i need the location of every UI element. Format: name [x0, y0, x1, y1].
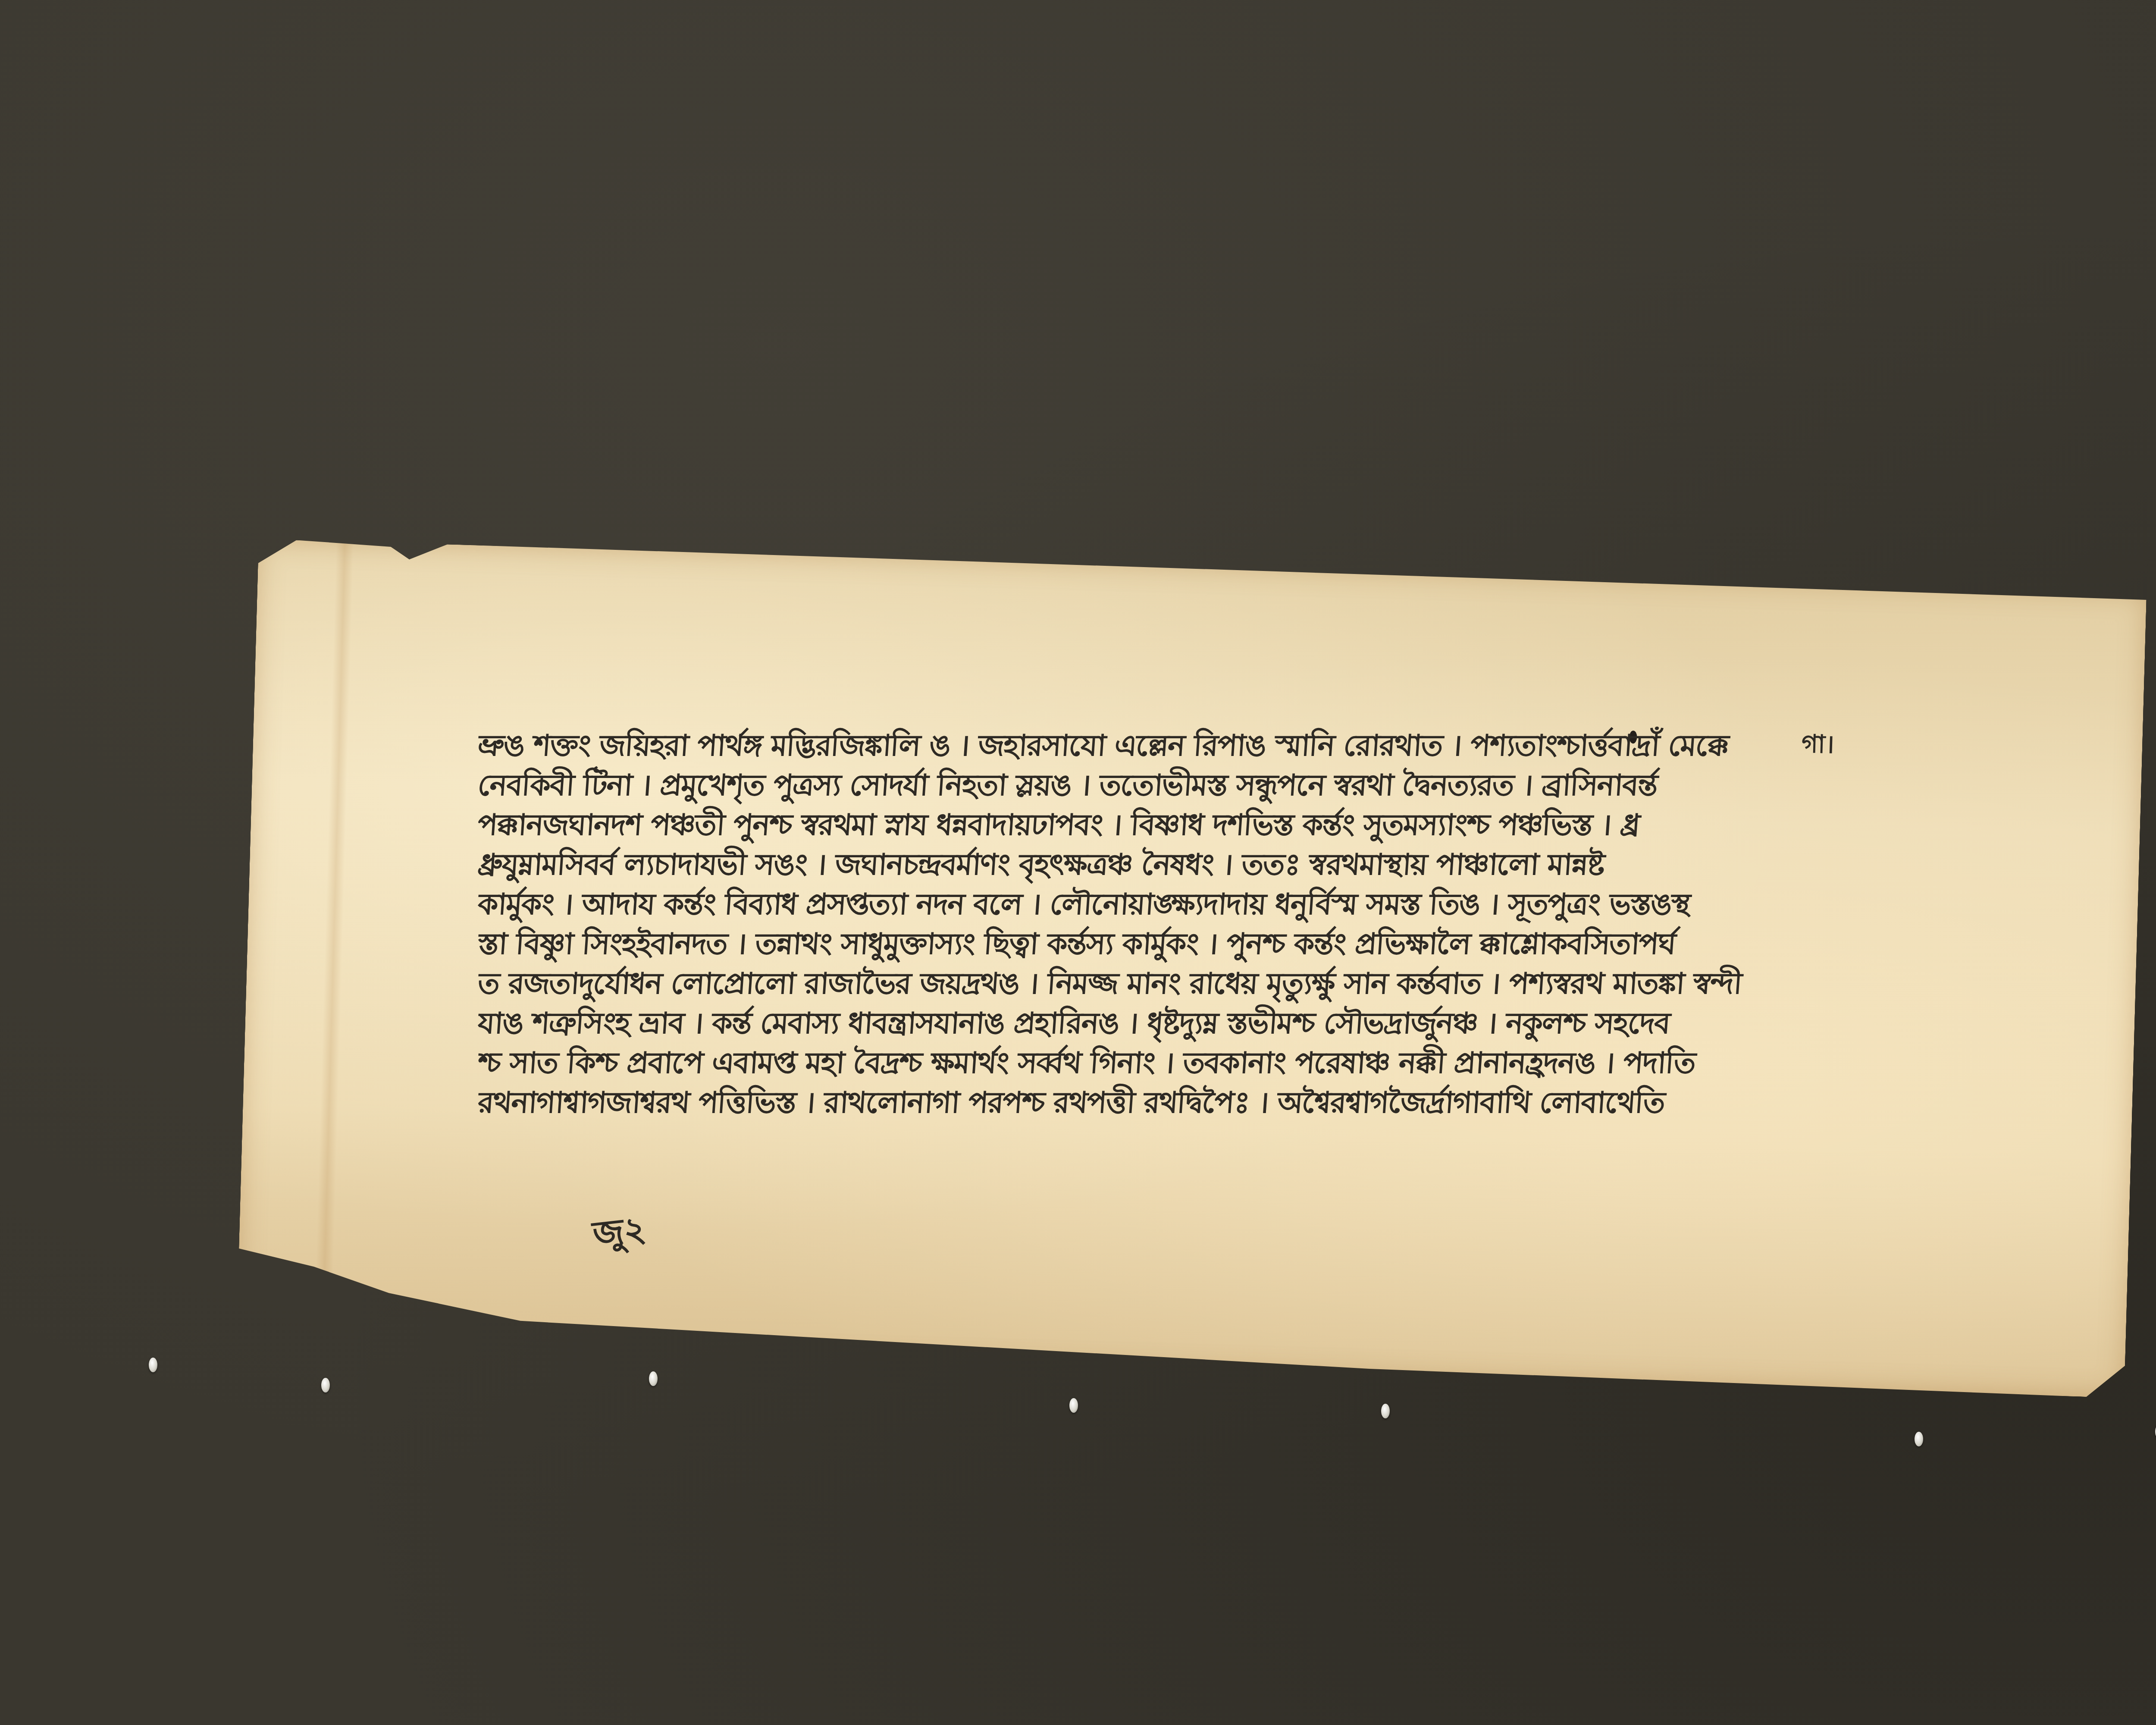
text-line: স্তা বিষ্ণুা সিংহইবানদত । তন্নাথং সাধুমু… [476, 925, 1988, 964]
mounting-pin [1069, 1398, 1078, 1413]
text-line: পক্কানজঘানদশ পঞ্চতী পুনশ্চ স্বরথমা স্নায… [476, 806, 1988, 845]
mounting-pin [649, 1371, 658, 1386]
margin-annotation: জু২ [590, 1202, 649, 1266]
text-line: নেবকিবী টিনা । প্রমুখেশৃত পুত্রস্য সোদর্… [476, 766, 1988, 806]
manuscript-text-block: ভ্রুঙ শক্তং জয়িহরা পার্থঙ্গ মদ্ভিরজিঙ্ক… [478, 726, 1987, 1123]
text-line: যাঙ শত্রুসিংহ ভ্রাব । কর্ন্ত মেবাস্য ধাব… [476, 1004, 1988, 1044]
text-line: ভ্রুঙ শক্তং জয়িহরা পার্থঙ্গ মদ্ভিরজিঙ্ক… [476, 726, 1988, 766]
paper-fold-crease [314, 541, 354, 1348]
text-line: শ্চ সাত কিশ্চ প্রবাপে এবামপ্ত মহা বৈদ্রশ… [476, 1044, 1988, 1083]
mounting-pin [149, 1358, 157, 1372]
manuscript-leaf: গা। ভ্রুঙ শক্তং জয়িহরা পার্থঙ্গ মদ্ভিরজ… [236, 539, 2147, 1398]
text-line: ত রজতাদুর্যোধন লোপ্রোলো রাজাভৈর জয়দ্রথঙ… [476, 964, 1988, 1004]
mounting-pin [1915, 1432, 1923, 1446]
text-line: কার্মুকং । আদায কর্ন্তং বিব্যাধ প্রসপ্তত… [476, 885, 1988, 925]
mounting-pin [321, 1378, 330, 1393]
text-line: রথনাগাশ্বাগজাশ্বরথ পত্তিভিস্ত । রাথলোনাগ… [476, 1083, 1988, 1123]
mounting-pin [1381, 1404, 1390, 1418]
text-line: ধ্রুযুম্নামসিবর্ব ল্যচাদাযভী সঙং । জঘানচ… [476, 845, 1988, 885]
